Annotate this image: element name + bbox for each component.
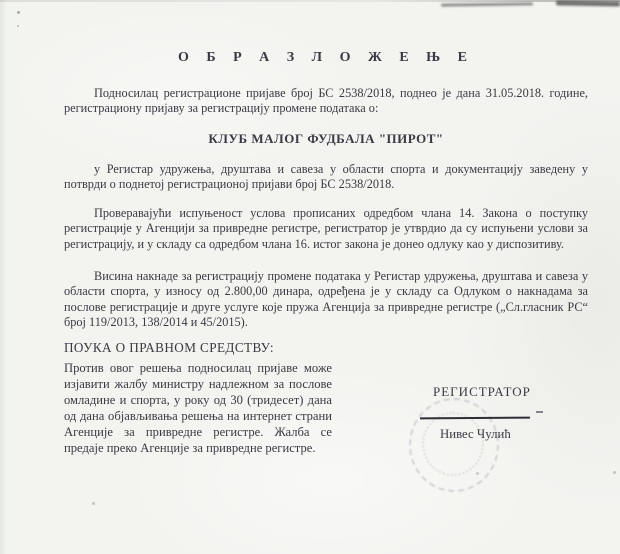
paragraph-register: у Регистар удружења, друштава и савеза у… bbox=[64, 162, 588, 193]
document-title: О Б Р А З Л О Ж Е Њ Е bbox=[64, 50, 588, 66]
legal-remedy-heading: ПОУКА О ПРАВНОМ СРЕДСТВУ: bbox=[64, 340, 332, 356]
document-body: О Б Р А З Л О Ж Е Њ Е Подносилац регистр… bbox=[0, 0, 620, 330]
registrar-name: Нивес Чулић bbox=[440, 427, 552, 442]
scan-speck bbox=[92, 502, 95, 505]
club-name-heading: КЛУБ МАЛОГ ФУДБАЛА "ПИРОТ" bbox=[64, 131, 588, 147]
signature-line-tick bbox=[536, 411, 543, 413]
signature-line bbox=[420, 417, 530, 420]
paragraph-fee: Висина накнаде за регистрацију промене п… bbox=[64, 269, 588, 330]
legal-remedy-section: ПОУКА О ПРАВНОМ СРЕДСТВУ: Против овог ре… bbox=[64, 340, 332, 456]
scan-speck bbox=[613, 471, 616, 474]
paragraph-submission: Подносилац регистрационе пријаве број БС… bbox=[64, 86, 588, 117]
legal-remedy-text: Против овог решења подносилац пријаве мо… bbox=[64, 360, 332, 456]
round-stamp-inner-ring bbox=[422, 412, 484, 476]
scanned-document-page: О Б Р А З Л О Ж Е Њ Е Подносилац регистр… bbox=[0, 0, 620, 554]
paragraph-conditions: Проверавајући испуњеност услова прописан… bbox=[64, 206, 588, 252]
round-stamp bbox=[409, 398, 499, 492]
registrar-signature-block: РЕГИСТРАТОР Нивес Чулић bbox=[412, 384, 552, 442]
registrar-label: РЕГИСТРАТОР bbox=[433, 384, 552, 400]
